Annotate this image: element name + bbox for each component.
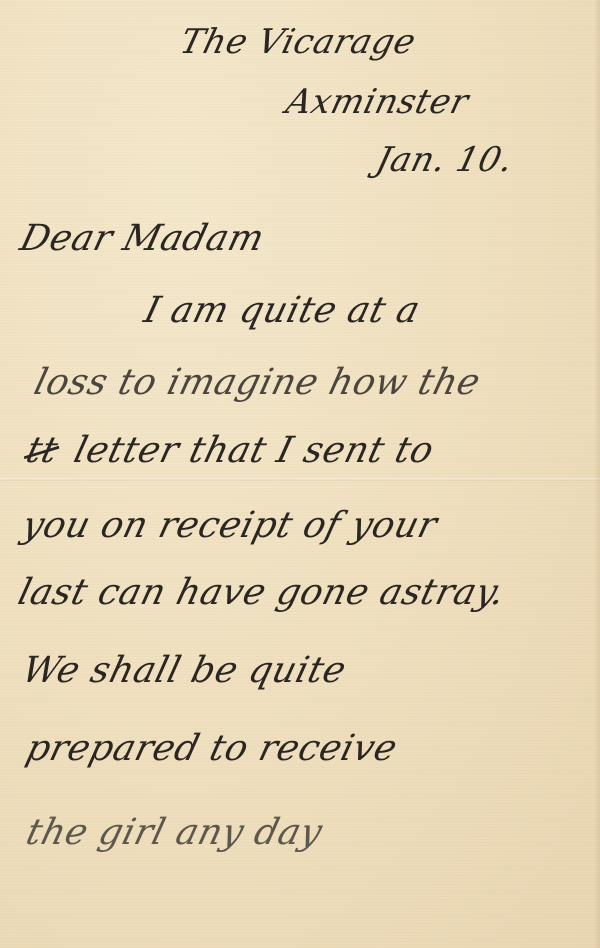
paper-fold-line (0, 478, 600, 481)
body-line-6: We shall be quite (18, 650, 350, 691)
body-line-4: you on receipt of your (18, 505, 441, 546)
body-line-8: the girl any day (22, 812, 327, 853)
body-line-3-wrapper: ttletter that I sent to (22, 430, 438, 471)
letter-page: The Vicarage Axminster Jan. 10. Dear Mad… (0, 0, 600, 948)
body-line-2: loss to imagine how the (30, 362, 485, 403)
body-line-1: I am quite at a (140, 290, 424, 331)
paper-edge (594, 0, 600, 948)
body-line-5: last can have gone astray. (14, 572, 509, 613)
struck-out-word: tt (22, 430, 62, 471)
address-line-1: The Vicarage (176, 22, 420, 62)
letter-date: Jan. 10. (372, 140, 517, 180)
body-line-7: prepared to receive (22, 728, 402, 769)
salutation: Dear Madam (16, 218, 268, 259)
address-line-2: Axminster (282, 82, 473, 122)
body-line-3: letter that I sent to (70, 430, 438, 471)
